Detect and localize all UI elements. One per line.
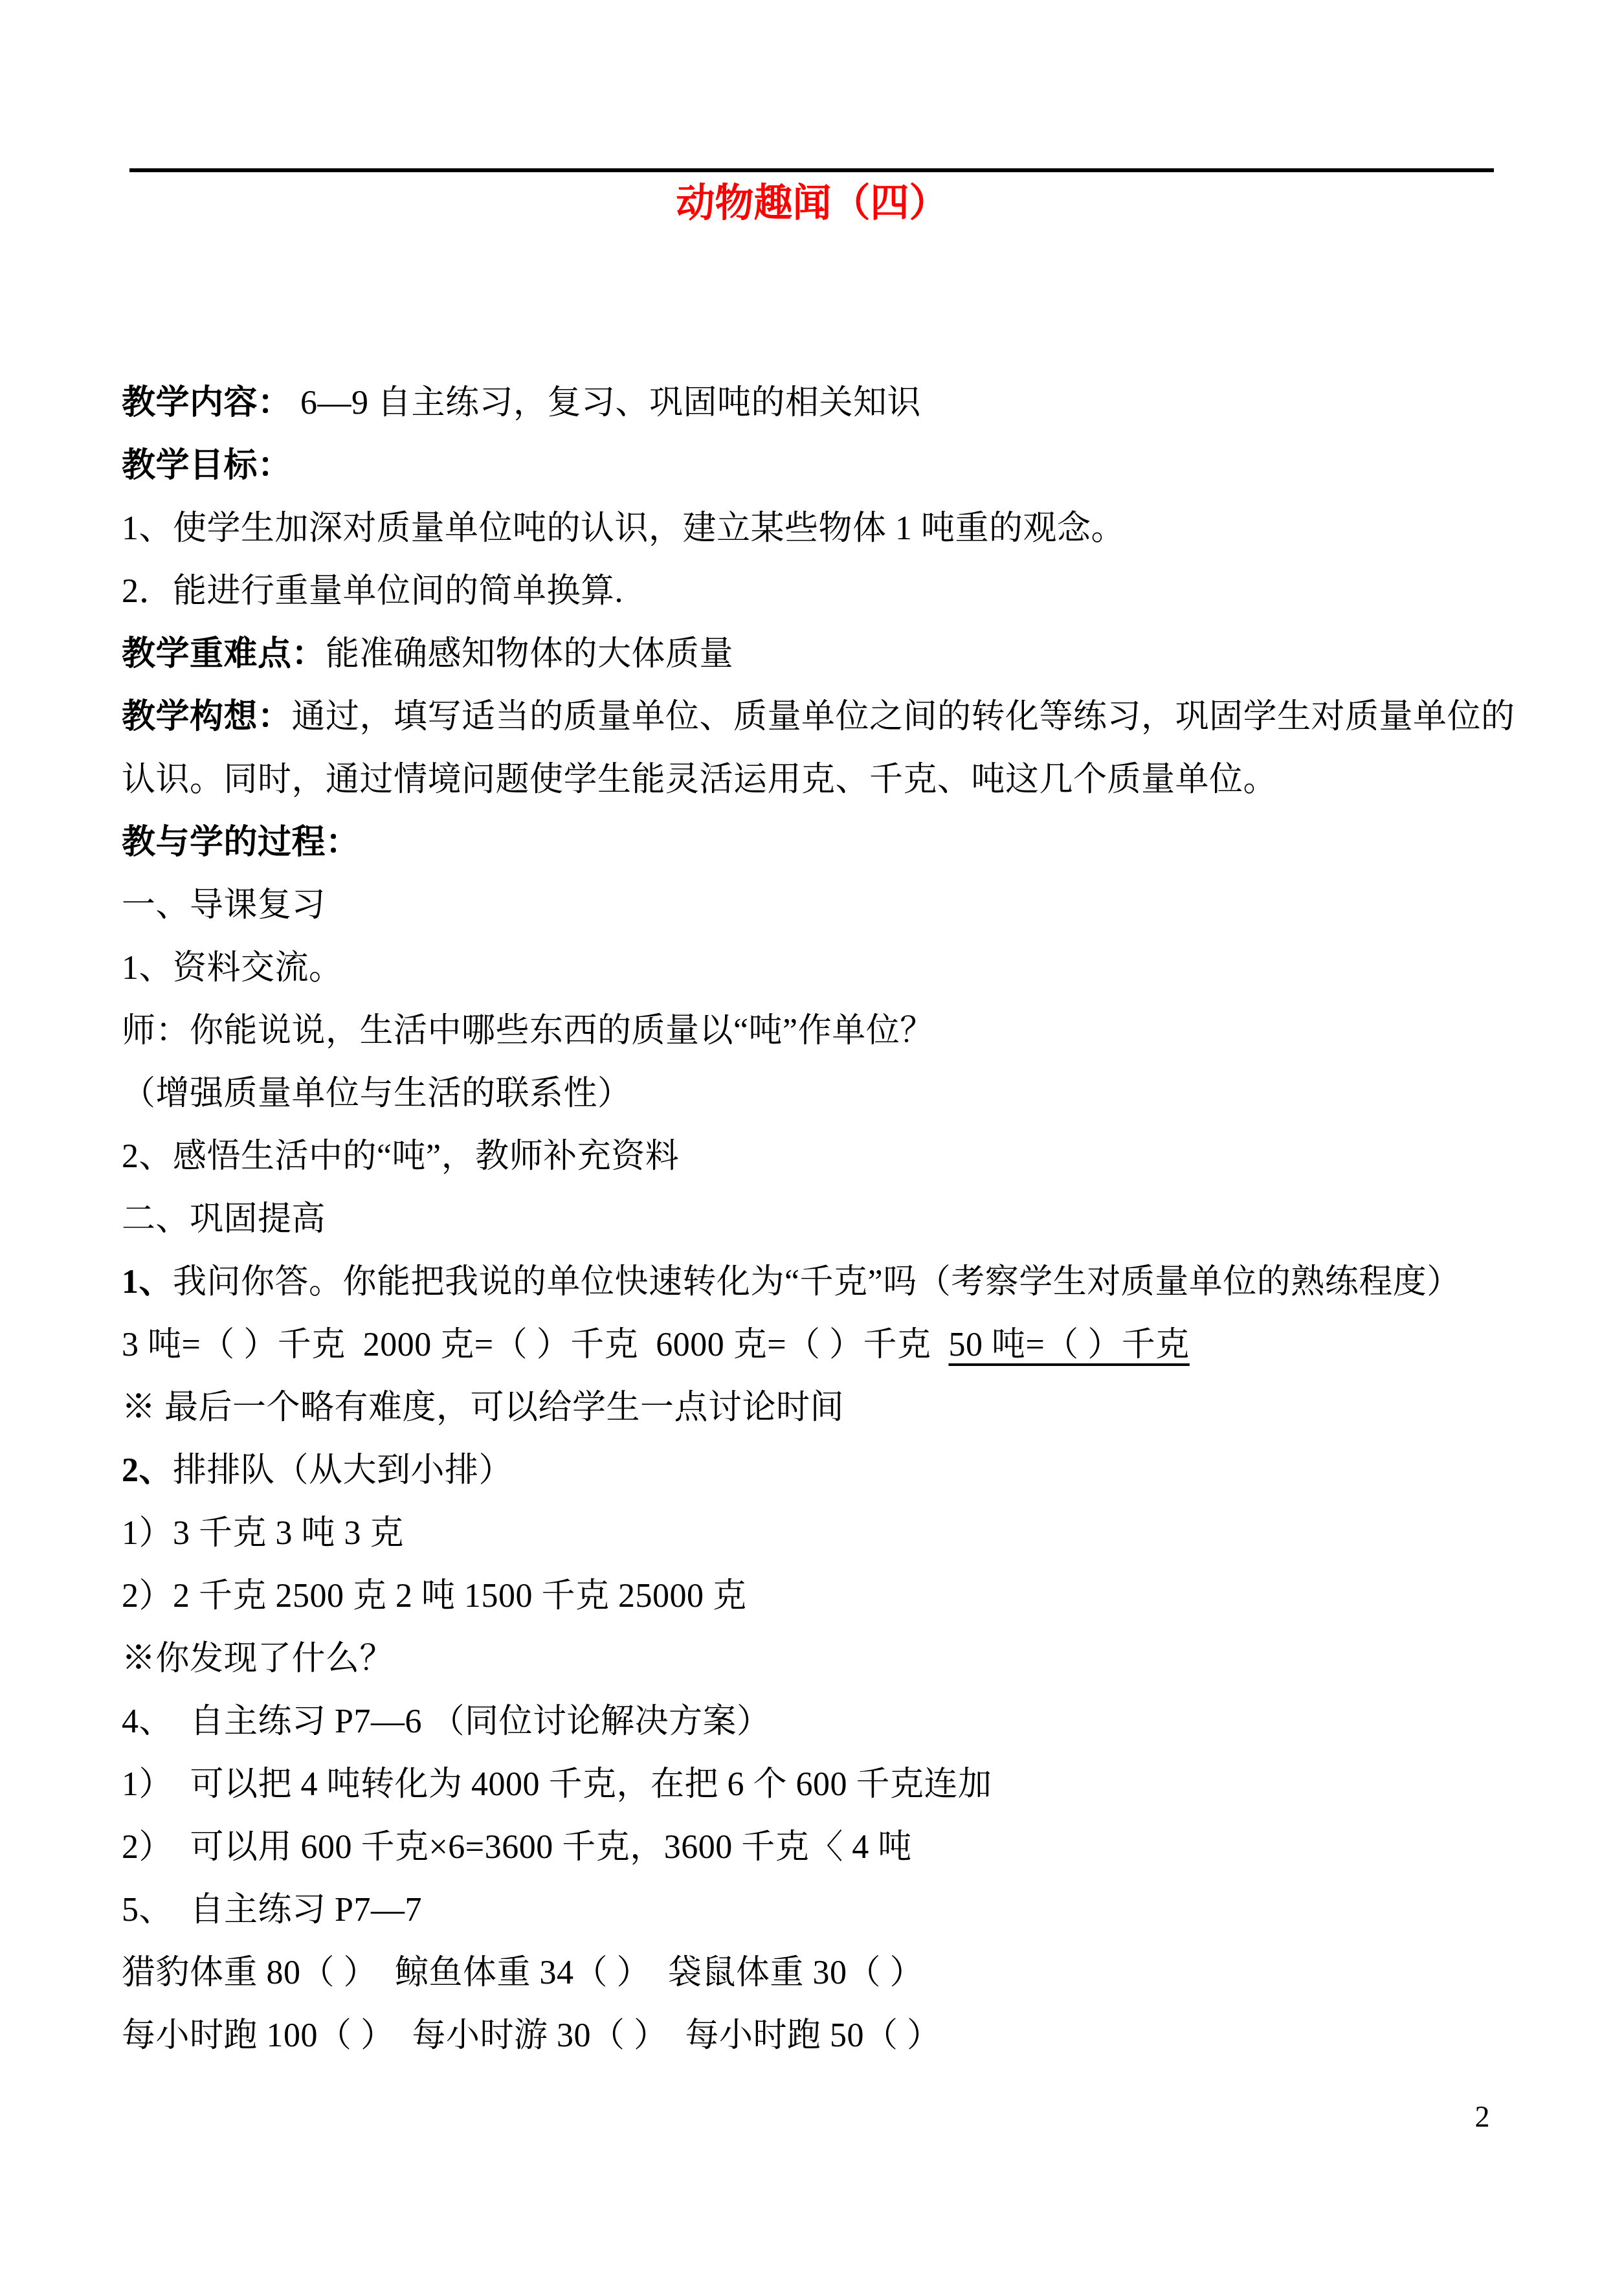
header-rule (129, 168, 1494, 172)
line-bold-label: 教与学的过程： (122, 824, 360, 861)
line-text: 排排队（从大到小排） (173, 1452, 513, 1489)
line-text: （增强质量单位与生活的联系性） (122, 1075, 632, 1112)
line-text: 3 吨=（ ）千克 2000 克=（ ）千克 6000 克=（ ）千克 (122, 1326, 948, 1363)
text-line: 认识。同时，通过情境问题使学生能灵活运用克、千克、吨这几个质量单位。 (122, 748, 1520, 811)
line-text: 6—9 自主练习，复习、巩固吨的相关知识 (292, 385, 922, 421)
line-text: 猎豹体重 80（ ） 鲸鱼体重 34（ ） 袋鼠体重 30（ ） (122, 1954, 924, 1991)
text-line: 教学内容： 6—9 自主练习，复习、巩固吨的相关知识 (122, 372, 1520, 434)
text-line: 教学目标： (122, 434, 1520, 497)
line-text: 4、 自主练习 P7—6 （同位讨论解决方案） (122, 1703, 770, 1740)
text-line: 1）3 千克 3 吨 3 克 (122, 1502, 1520, 1565)
line-bold-label: 教学构想： (122, 699, 292, 735)
text-line: 每小时跑 100（ ） 每小时游 30（ ） 每小时跑 50（ ） (122, 2004, 1520, 2067)
line-text: 1、资料交流。 (122, 950, 343, 987)
document-page: 动物趣闻（四） 教学内容： 6—9 自主练习，复习、巩固吨的相关知识 教学目标：… (0, 0, 1624, 2293)
text-line: 教与学的过程： (122, 811, 1520, 874)
line-text: 我问你答。你能把我说的单位快速转化为“千克”吗（考察学生对质量单位的熟练程度） (173, 1264, 1461, 1301)
text-line: 2）2 千克 2500 克 2 吨 1500 千克 25000 克 (122, 1565, 1520, 1627)
page-title: 动物趣闻（四） (0, 180, 1624, 227)
line-text: 师：你能说说，生活中哪些东西的质量以“吨”作单位？ (122, 1012, 934, 1049)
text-line: 3 吨=（ ）千克 2000 克=（ ）千克 6000 克=（ ）千克 50 吨… (122, 1314, 1520, 1376)
text-line: 1） 可以把 4 吨转化为 4000 千克，在把 6 个 600 千克连加 (122, 1753, 1520, 1816)
line-text: 1、使学生加深对质量单位吨的认识，建立某些物体 1 吨重的观念。 (122, 510, 1125, 547)
text-line: 1、我问你答。你能把我说的单位快速转化为“千克”吗（考察学生对质量单位的熟练程度… (122, 1251, 1520, 1314)
text-line: 教学构想：通过，填写适当的质量单位、质量单位之间的转化等练习，巩固学生对质量单位… (122, 686, 1520, 748)
text-line: 1、使学生加深对质量单位吨的认识，建立某些物体 1 吨重的观念。 (122, 497, 1520, 560)
line-text: 认识。同时，通过情境问题使学生能灵活运用克、千克、吨这几个质量单位。 (122, 761, 1277, 798)
line-text: 通过，填写适当的质量单位、质量单位之间的转化等练习，巩固学生对质量单位的 (292, 699, 1515, 735)
text-line: 2、感悟生活中的“吨”，教师补充资料 (122, 1125, 1520, 1188)
text-line: 师：你能说说，生活中哪些东西的质量以“吨”作单位？ (122, 1000, 1520, 1062)
text-line: 一、导课复习 (122, 874, 1520, 937)
line-text: 能准确感知物体的大体质量 (326, 636, 733, 673)
text-line: 4、 自主练习 P7—6 （同位讨论解决方案） (122, 1690, 1520, 1753)
text-line: ※ 最后一个略有难度，可以给学生一点讨论时间 (122, 1376, 1520, 1439)
text-line: 2、排排队（从大到小排） (122, 1439, 1520, 1502)
line-bold-label: 教学重难点： (122, 636, 326, 673)
line-text: 一、导课复习 (122, 887, 326, 924)
line-text: ※你发现了什么？ (122, 1640, 394, 1677)
text-line: 猎豹体重 80（ ） 鲸鱼体重 34（ ） 袋鼠体重 30（ ） (122, 1941, 1520, 2004)
text-line: 教学重难点：能准确感知物体的大体质量 (122, 623, 1520, 686)
line-text: 2） 可以用 600 千克×6=3600 千克，3600 千克〈 4 吨 (122, 1829, 912, 1866)
text-line: 1、资料交流。 (122, 937, 1520, 1000)
line-underlined-text: 50 吨=（ ）千克 (948, 1326, 1189, 1363)
line-text: 5、 自主练习 P7—7 (122, 1892, 422, 1929)
line-bold-label: 教学目标： (122, 447, 292, 484)
line-text: 二、巩固提高 (122, 1201, 326, 1238)
line-text: 1）3 千克 3 吨 3 克 (122, 1515, 404, 1552)
text-line: 2） 可以用 600 千克×6=3600 千克，3600 千克〈 4 吨 (122, 1816, 1520, 1879)
line-text: 每小时跑 100（ ） 每小时游 30（ ） 每小时跑 50（ ） (122, 2017, 941, 2054)
line-text: 1） 可以把 4 吨转化为 4000 千克，在把 6 个 600 千克连加 (122, 1766, 992, 1803)
line-text: 2、感悟生活中的“吨”，教师补充资料 (122, 1138, 679, 1175)
line-text: 2．能进行重量单位间的简单换算. (122, 573, 623, 610)
line-bold-label: 1、 (122, 1264, 173, 1301)
line-text: 2）2 千克 2500 克 2 吨 1500 千克 25000 克 (122, 1578, 747, 1615)
text-line: 二、巩固提高 (122, 1188, 1520, 1251)
text-line: 5、 自主练习 P7—7 (122, 1879, 1520, 1941)
text-line: 2．能进行重量单位间的简单换算. (122, 560, 1520, 623)
page-number: 2 (1450, 2097, 1515, 2136)
line-bold-label: 教学内容： (122, 385, 292, 421)
text-line: ※你发现了什么？ (122, 1627, 1520, 1690)
line-bold-label: 2、 (122, 1452, 173, 1489)
document-body: 教学内容： 6—9 自主练习，复习、巩固吨的相关知识 教学目标： 1、使学生加深… (122, 372, 1520, 2067)
line-text: ※ 最后一个略有难度，可以给学生一点讨论时间 (122, 1389, 844, 1426)
text-line: （增强质量单位与生活的联系性） (122, 1062, 1520, 1125)
